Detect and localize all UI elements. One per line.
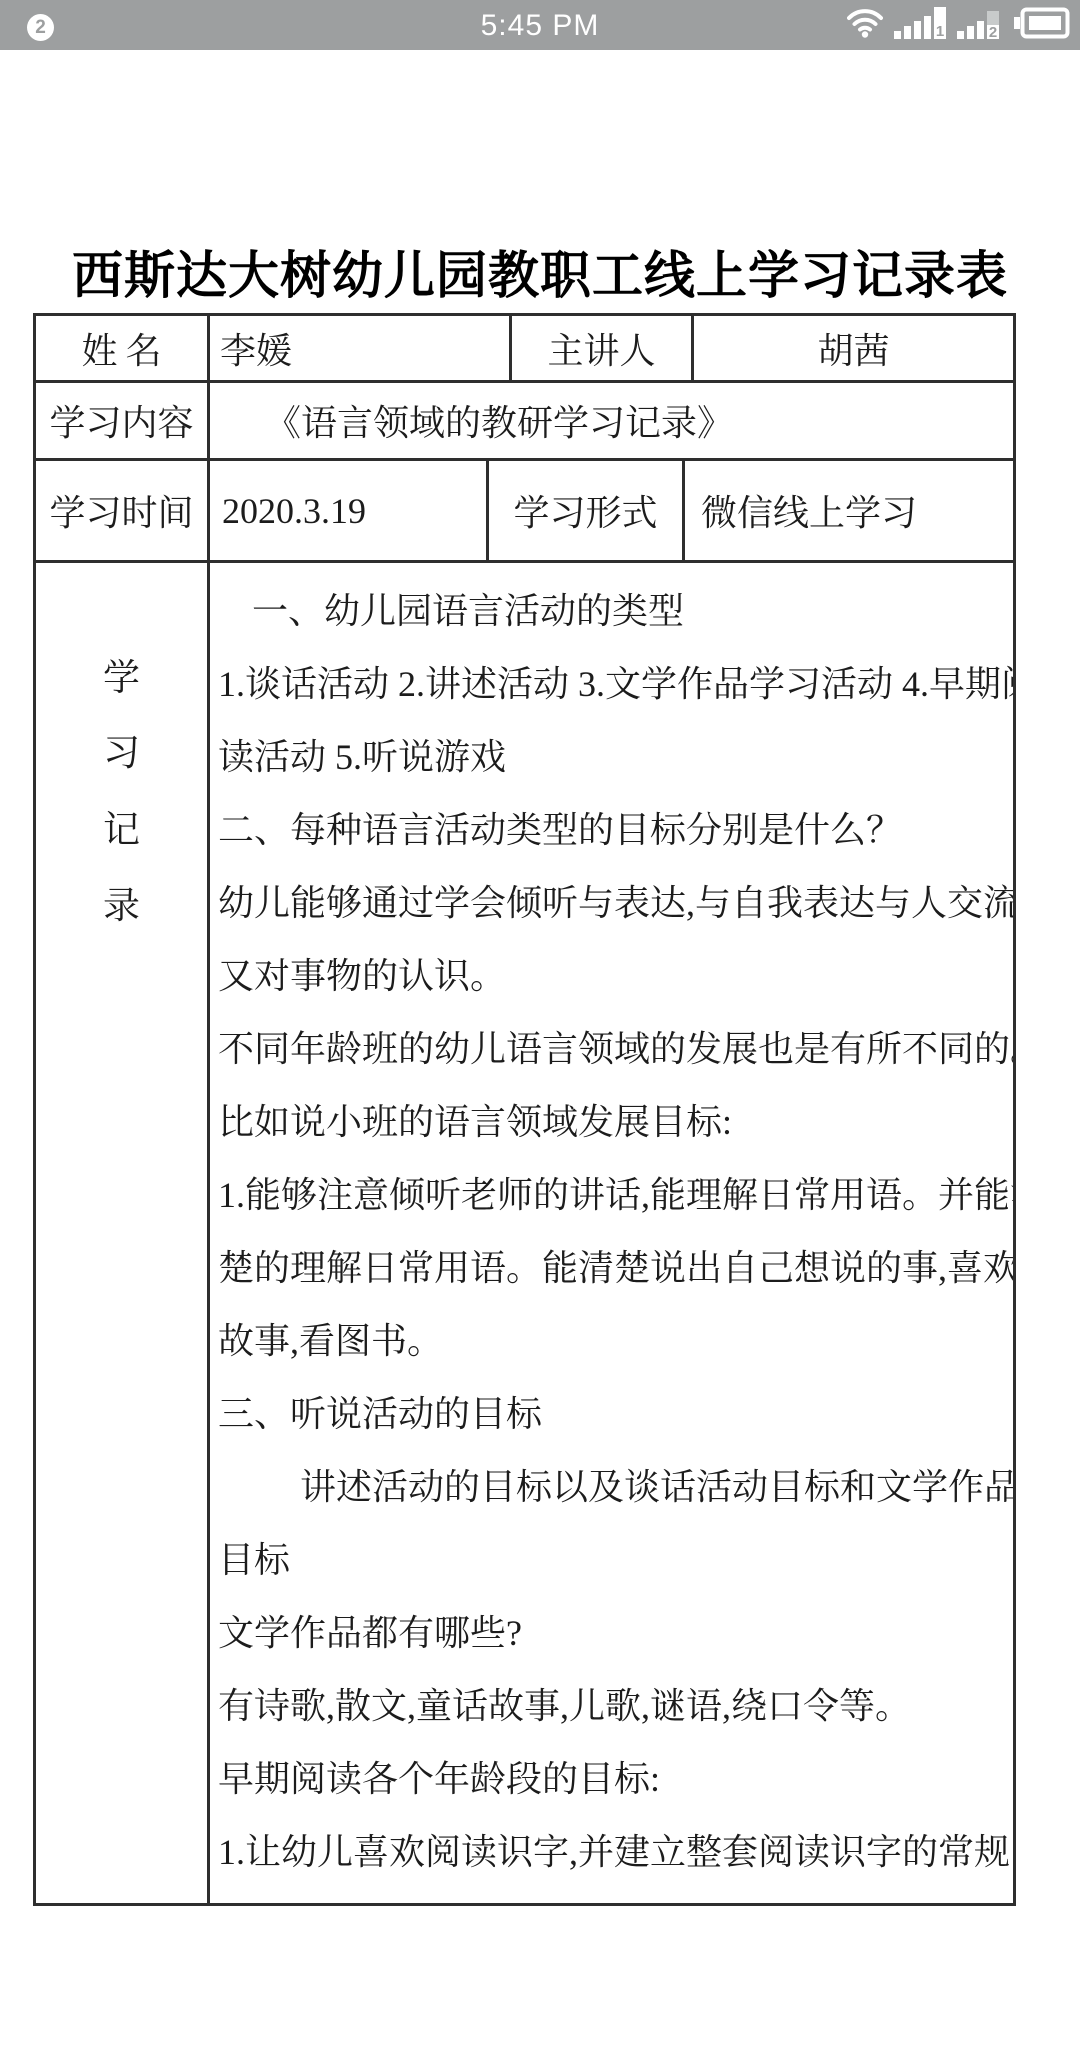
record-line: 目标 bbox=[218, 1524, 1007, 1597]
learning-record-text: 一、幼儿园语言活动的类型 1.谈话活动 2.讲述活动 3.文学作品学习活动 4.… bbox=[210, 563, 1013, 1903]
record-line: 文学作品都有哪些? bbox=[218, 1597, 1007, 1670]
svg-text:1: 1 bbox=[936, 23, 944, 39]
learning-content-value: 《语言领域的教研学习记录》 bbox=[210, 383, 1013, 458]
learning-record-label: 学 习 记 录 bbox=[36, 563, 210, 1903]
record-line: 1.能够注意倾听老师的讲话,能理解日常用语。并能清 bbox=[218, 1159, 1007, 1232]
row-learning-record: 学 习 记 录 一、幼儿园语言活动的类型 1.谈话活动 2.讲述活动 3.文学作… bbox=[36, 563, 1013, 1903]
status-bar: 2 5:45 PM 1 bbox=[0, 0, 1080, 50]
record-label-char: 学 bbox=[36, 647, 207, 701]
record-line: 比如说小班的语言领域发展目标: bbox=[218, 1086, 1007, 1159]
record-line: 又对事物的认识。 bbox=[218, 940, 1007, 1013]
record-line: 早期阅读各个年龄段的目标: bbox=[218, 1743, 1007, 1816]
row-learning-content: 学习内容 《语言领域的教研学习记录》 bbox=[36, 383, 1013, 461]
record-line: 三、听说活动的目标 bbox=[218, 1378, 1007, 1451]
cellular-signal-2-icon: 2 bbox=[957, 7, 1003, 44]
record-line: 读活动 5.听说游戏 bbox=[218, 721, 1007, 794]
record-line: 1.谈话活动 2.讲述活动 3.文学作品学习活动 4.早期阅 bbox=[218, 648, 1007, 721]
svg-text:2: 2 bbox=[989, 24, 997, 39]
record-line: 有诗歌,散文,童话故事,儿歌,谜语,绕口令等。 bbox=[218, 1670, 1007, 1743]
record-line: 幼儿能够通过学会倾听与表达,与自我表达与人交流 bbox=[218, 867, 1007, 940]
row-learning-time: 学习时间 2020.3.19 学习形式 微信线上学习 bbox=[36, 461, 1013, 563]
name-value: 李媛 bbox=[210, 316, 512, 380]
learning-time-label: 学习时间 bbox=[36, 461, 210, 560]
record-line: 1.让幼儿喜欢阅读识字,并建立整套阅读识字的常规 bbox=[218, 1816, 1007, 1889]
record-label-char: 记 bbox=[36, 799, 207, 853]
record-line: 一、幼儿园语言活动的类型 bbox=[218, 575, 1007, 648]
status-icons: 1 2 bbox=[847, 0, 1070, 50]
document-title: 西斯达大树幼儿园教职工线上学习记录表 bbox=[0, 234, 1080, 308]
learning-time-value: 2020.3.19 bbox=[210, 461, 489, 560]
record-line: 故事,看图书。 bbox=[218, 1305, 1007, 1378]
record-line: 不同年龄班的幼儿语言领域的发展也是有所不同的。 bbox=[218, 1013, 1007, 1086]
speaker-value: 胡茜 bbox=[694, 316, 1013, 380]
phone-screen: 2 5:45 PM 1 bbox=[0, 0, 1080, 2060]
record-label-char: 习 bbox=[36, 722, 207, 776]
record-line: 讲述活动的目标以及谈话活动目标和文学作品的 bbox=[218, 1451, 1007, 1524]
learning-format-label: 学习形式 bbox=[489, 461, 685, 560]
battery-icon bbox=[1014, 7, 1070, 44]
speaker-label: 主讲人 bbox=[512, 316, 694, 380]
wifi-icon bbox=[847, 7, 883, 43]
record-line: 二、每种语言活动类型的目标分别是什么？ bbox=[218, 794, 1007, 867]
row-name: 姓名 李媛 主讲人 胡茜 bbox=[36, 316, 1013, 383]
name-label: 姓名 bbox=[36, 316, 210, 380]
learning-content-label: 学习内容 bbox=[36, 383, 210, 458]
learning-record-form: 姓名 李媛 主讲人 胡茜 学习内容 《语言领域的教研学习记录》 学习时间 202… bbox=[33, 313, 1016, 1906]
cellular-signal-1-icon: 1 bbox=[894, 7, 946, 44]
record-line: 楚的理解日常用语。能清楚说出自己想说的事,喜欢听 bbox=[218, 1232, 1007, 1305]
record-label-char: 录 bbox=[36, 875, 207, 929]
learning-format-value: 微信线上学习 bbox=[685, 461, 1013, 560]
